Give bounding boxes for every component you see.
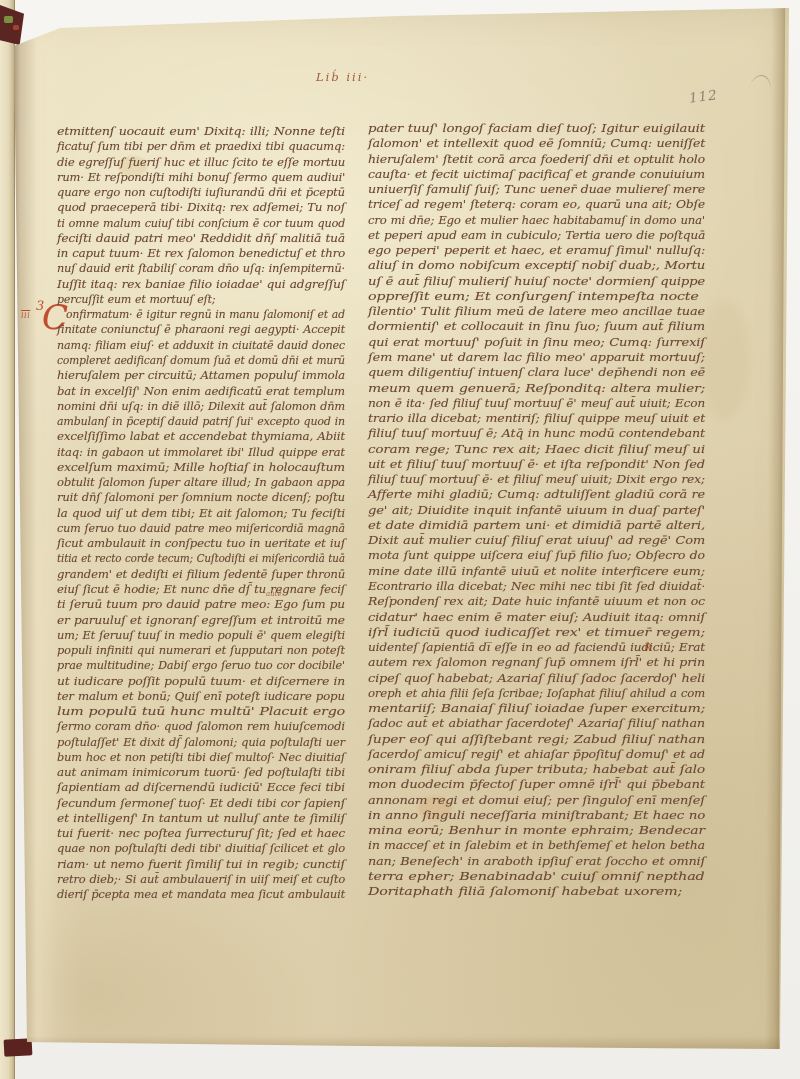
page-vignette xyxy=(0,0,800,1079)
binding-edge-top xyxy=(0,5,24,45)
manuscript-photo: Lib́ iii· 112 iii 3 C R autē etmittenſ u… xyxy=(0,0,800,1079)
facing-page-edge xyxy=(0,0,15,1079)
parchment-page: Lib́ iii· 112 iii 3 C R autē etmittenſ u… xyxy=(0,0,800,1079)
endband-red xyxy=(13,25,19,30)
endband-green xyxy=(4,16,13,23)
